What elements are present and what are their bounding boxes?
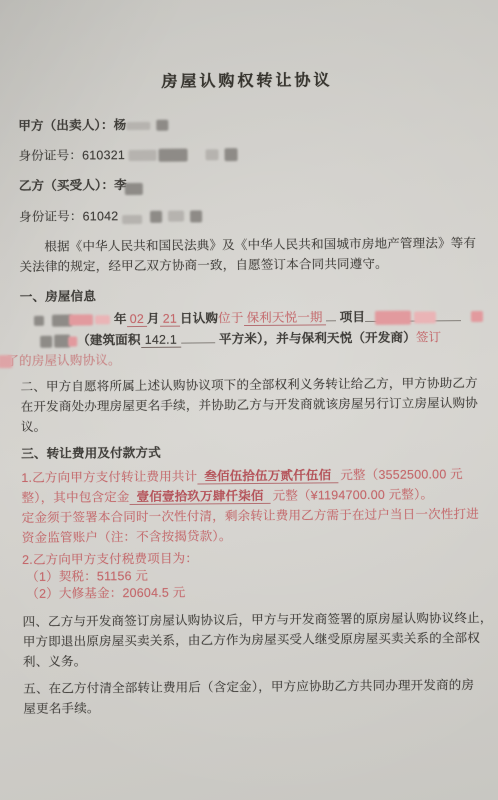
section-1-content: 年02月21日认购位于保利天悦一期项目 （建筑面积142.1平方米），并与保利天… bbox=[20, 305, 479, 371]
text-line: 关法律的规定，经甲乙双方协商一致，自愿签订本合同共同遵守。 bbox=[19, 253, 477, 277]
transfer-fee-clause: 1.乙方向甲方支付转让费用共计叁佰伍拾伍万贰仟伍佰元整（3552500.00 元… bbox=[21, 464, 480, 548]
party-a-name: 杨 bbox=[114, 118, 127, 132]
redaction-block bbox=[0, 355, 12, 368]
deposit-amount-chinese: 壹佰壹拾玖万肆仟柒佰 bbox=[130, 489, 271, 505]
document-title: 房屋认购权转让协议 bbox=[18, 66, 476, 94]
photographed-contract-page: 房屋认购权转让协议 甲方（出卖人）：杨 身份证号：610321 乙方（买受人）：… bbox=[0, 0, 498, 800]
text-line: 在开发商处办理房屋更名手续，并协助乙方与开发商就该房屋另行订立房屋认购协 bbox=[21, 393, 479, 417]
date-day-value: 21 bbox=[160, 312, 180, 327]
party-a-label: 甲方（出卖人）： bbox=[18, 118, 113, 133]
area-value: 142.1 bbox=[141, 333, 181, 348]
party-b-label: 乙方（买受人）： bbox=[19, 178, 114, 193]
redaction-block bbox=[122, 215, 142, 224]
deposit-amount-numeric: 元整（¥1194700.00 元整）。 bbox=[273, 487, 434, 502]
preamble: 根据《中华人民共和国民法典》及《中华人民共和国城市房地产管理法》等有 关法律的规… bbox=[19, 233, 477, 277]
section-1-heading: 一、房屋信息 bbox=[20, 283, 478, 305]
signed-verb: 签订 bbox=[416, 330, 442, 344]
redaction-block bbox=[68, 336, 77, 346]
redaction-block bbox=[125, 183, 143, 195]
redaction-block bbox=[156, 120, 168, 131]
fee-amount-numeric: 元整（3552500.00 元 bbox=[340, 467, 463, 482]
party-a-id-value: 610321 bbox=[82, 148, 125, 162]
tax-clause: 2.乙方向甲方支付税费项目为： （1）契税：51156 元 （2）大修基金：20… bbox=[22, 548, 480, 603]
party-b-id-label: 身份证号： bbox=[19, 209, 83, 224]
section-2: 二、甲方自愿将所属上述认购协议项下的全部权利义务转让给乙方，甲方协助乙方 在开发… bbox=[20, 373, 479, 437]
text-line: 议。 bbox=[21, 413, 479, 437]
redaction-block bbox=[95, 315, 110, 324]
redaction-block bbox=[206, 149, 219, 160]
section-3-heading: 三、转让费用及付款方式 bbox=[21, 440, 479, 462]
text-line: 利、义务。 bbox=[23, 648, 481, 672]
redaction-block bbox=[126, 122, 150, 130]
redaction-block bbox=[129, 150, 157, 161]
redaction-block bbox=[159, 149, 188, 162]
date-month-value: 02 bbox=[127, 312, 147, 327]
redaction-block bbox=[150, 210, 162, 222]
project-name: 保利天悦一期 bbox=[243, 310, 325, 326]
area-suffix: 平方米），并与保利天悦（开发商） bbox=[219, 331, 416, 347]
redaction-block bbox=[69, 315, 93, 326]
redaction-block bbox=[168, 211, 184, 222]
party-b-line: 乙方（买受人）：李 bbox=[19, 172, 477, 194]
payment-terms-line-1: 定金须于签署本合同时一次性付清，剩余转让费用乙方需于在过户当日一次性打进 bbox=[22, 504, 480, 528]
redaction-block bbox=[471, 311, 483, 322]
party-a-line: 甲方（出卖人）：杨 bbox=[18, 112, 476, 134]
party-a-id-label: 身份证号： bbox=[18, 148, 82, 163]
section-5: 五、在乙方付清全部转让费用后（含定金），甲方应协助乙方共同办理开发商的房 屋更名… bbox=[23, 675, 481, 719]
party-a-id-line: 身份证号：610321 bbox=[18, 142, 476, 164]
project-label: 项目 bbox=[340, 310, 366, 324]
repair-fund-line: （2）大修基金：20604.5 元 bbox=[22, 582, 480, 603]
redaction-block bbox=[375, 310, 411, 324]
text-line: 屋更名手续。 bbox=[23, 695, 481, 719]
text-line: 甲方即退出原房屋买卖关系，由乙方作为房屋买受人继受原房屋买卖关系的全部权 bbox=[23, 628, 481, 652]
blank-underline bbox=[326, 306, 336, 321]
located-at-label: 位于 bbox=[218, 311, 244, 325]
redaction-block bbox=[190, 210, 202, 222]
deposit-text: 整），其中包含定金 bbox=[21, 490, 129, 505]
payment-terms-line-2: 资金监管账户（注：不含按揭贷款）。 bbox=[22, 524, 480, 548]
redaction-block bbox=[34, 315, 44, 325]
project-redacted-field bbox=[365, 306, 461, 322]
text-line: 五、在乙方付清全部转让费用后（含定金），甲方应协助乙方共同办理开发商的房 bbox=[23, 675, 481, 699]
redaction-block bbox=[225, 148, 238, 161]
agreement-tail-text: 了的房屋认购协议。 bbox=[6, 353, 120, 368]
contract-document: 房屋认购权转让协议 甲方（出卖人）：杨 身份证号：610321 乙方（买受人）：… bbox=[0, 0, 498, 800]
blank-underline bbox=[181, 328, 215, 343]
area-label: （建筑面积 bbox=[77, 333, 141, 348]
date-month-label: 月 bbox=[147, 312, 160, 326]
date-day-label: 日 bbox=[180, 311, 193, 325]
party-b-id-line: 身份证号：61042 bbox=[19, 203, 477, 225]
date-year-label: 年 bbox=[114, 312, 127, 326]
fee-text: 1.乙方向甲方支付转让费用共计 bbox=[21, 469, 197, 485]
section-4: 四、乙方与开发商签订房屋认购协议后，甲方与开发商签署的原房屋认购协议终止， 甲方… bbox=[23, 608, 482, 672]
redaction-block bbox=[40, 335, 52, 347]
agreement-tail-line: 了的房屋认购协议。 bbox=[0, 347, 478, 371]
fee-amount-chinese: 叁佰伍拾伍万贰仟伍佰 bbox=[197, 468, 338, 484]
party-b-id-value: 61042 bbox=[83, 209, 119, 223]
redaction-block bbox=[414, 311, 436, 323]
text-line: 根据《中华人民共和国民法典》及《中华人民共和国城市房地产管理法》等有 bbox=[19, 233, 477, 257]
purchase-verb: 认购 bbox=[193, 311, 219, 325]
